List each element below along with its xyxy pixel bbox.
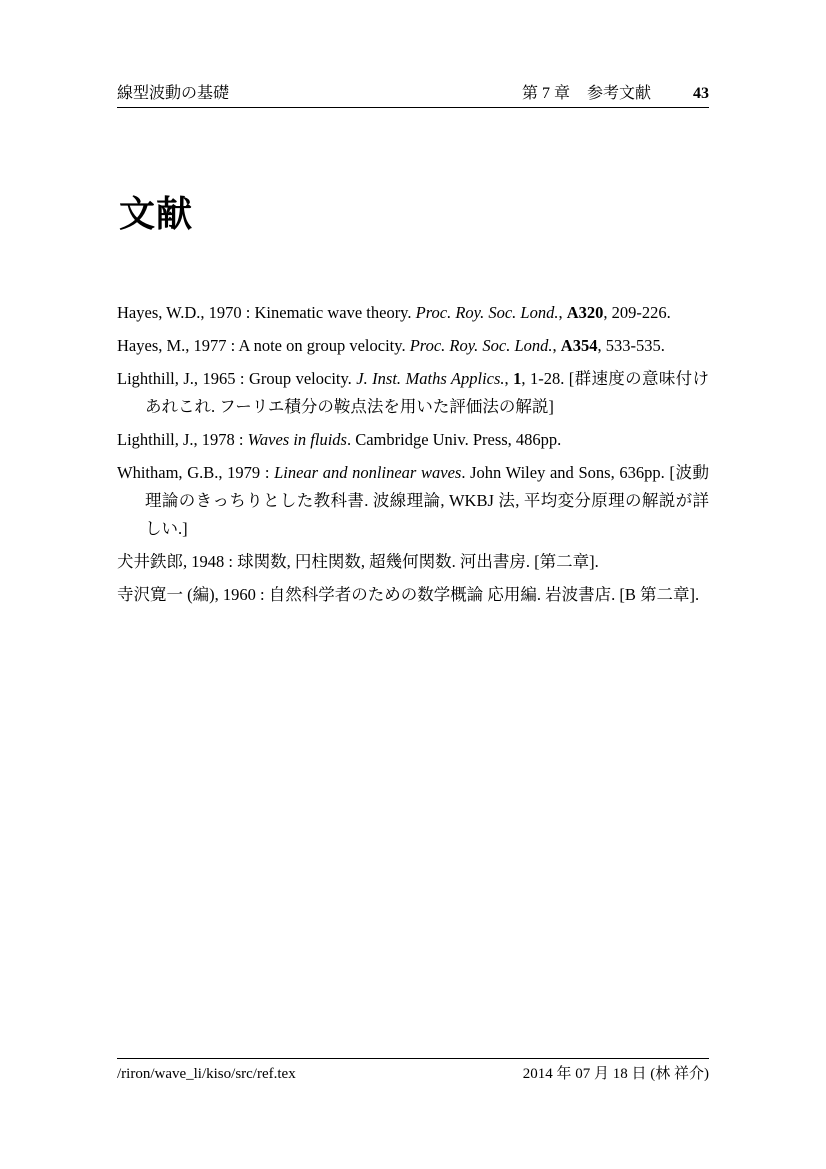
header-chapter-info: 第 7 章 参考文献 43 bbox=[522, 84, 709, 104]
reference-segment: 犬井鉄郎, 1948 : 球関数, 円柱関数, 超幾何関数. 河出書房. [第二… bbox=[117, 552, 599, 571]
reference-entry: Lighthill, J., 1978 : Waves in fluids. C… bbox=[117, 426, 709, 454]
page-title: 文献 bbox=[119, 193, 193, 235]
reference-segment: Linear and nonlinear waves bbox=[274, 463, 461, 482]
reference-segment: Proc. Roy. Soc. Lond. bbox=[416, 303, 559, 322]
footer-file-path: /riron/wave_li/kiso/src/ref.tex bbox=[117, 1064, 296, 1084]
reference-segment: , bbox=[558, 303, 566, 322]
reference-segment: Hayes, W.D., 1970 : Kinematic wave theor… bbox=[117, 303, 416, 322]
header-rule bbox=[117, 107, 709, 108]
reference-segment: Lighthill, J., 1965 : Group velocity. bbox=[117, 369, 356, 388]
reference-entry: 寺沢寛一 (編), 1960 : 自然科学者のための数学概論 応用編. 岩波書店… bbox=[117, 581, 709, 609]
reference-segment: , bbox=[553, 336, 561, 355]
reference-segment: Waves in fluids bbox=[248, 430, 347, 449]
header-page-number: 43 bbox=[693, 84, 709, 104]
reference-segment: Hayes, M., 1977 : A note on group veloci… bbox=[117, 336, 410, 355]
reference-entry: Lighthill, J., 1965 : Group velocity. J.… bbox=[117, 365, 709, 421]
header-chapter-label: 第 7 章 bbox=[522, 84, 570, 104]
header-section-label: 参考文献 bbox=[587, 84, 651, 104]
reference-entry: Hayes, W.D., 1970 : Kinematic wave theor… bbox=[117, 299, 709, 327]
header-document-title: 線型波動の基礎 bbox=[117, 84, 229, 104]
reference-segment: , 533-535. bbox=[597, 336, 664, 355]
reference-entry: 犬井鉄郎, 1948 : 球関数, 円柱関数, 超幾何関数. 河出書房. [第二… bbox=[117, 548, 709, 576]
reference-segment: 寺沢寛一 (編), 1960 : 自然科学者のための数学概論 応用編. 岩波書店… bbox=[117, 585, 699, 604]
running-header: 線型波動の基礎 第 7 章 参考文献 43 bbox=[117, 84, 709, 104]
reference-list: Hayes, W.D., 1970 : Kinematic wave theor… bbox=[117, 299, 709, 614]
document-page: 線型波動の基礎 第 7 章 参考文献 43 文献 Hayes, W.D., 19… bbox=[0, 0, 826, 1169]
reference-segment: A320 bbox=[567, 303, 604, 322]
reference-segment: A354 bbox=[561, 336, 598, 355]
footer-date: 2014 年 07 月 18 日 (林 祥介) bbox=[523, 1064, 709, 1084]
running-footer: /riron/wave_li/kiso/src/ref.tex 2014 年 0… bbox=[117, 1064, 709, 1084]
reference-segment: Whitham, G.B., 1979 : bbox=[117, 463, 274, 482]
reference-segment: , bbox=[505, 369, 514, 388]
reference-entry: Whitham, G.B., 1979 : Linear and nonline… bbox=[117, 459, 709, 543]
reference-segment: . Cambridge Univ. Press, 486pp. bbox=[347, 430, 561, 449]
reference-segment: Proc. Roy. Soc. Lond. bbox=[410, 336, 553, 355]
reference-segment: J. Inst. Maths Applics. bbox=[356, 369, 504, 388]
footer-rule bbox=[117, 1058, 709, 1059]
reference-segment: Lighthill, J., 1978 : bbox=[117, 430, 248, 449]
reference-segment: , 209-226. bbox=[603, 303, 670, 322]
reference-entry: Hayes, M., 1977 : A note on group veloci… bbox=[117, 332, 709, 360]
